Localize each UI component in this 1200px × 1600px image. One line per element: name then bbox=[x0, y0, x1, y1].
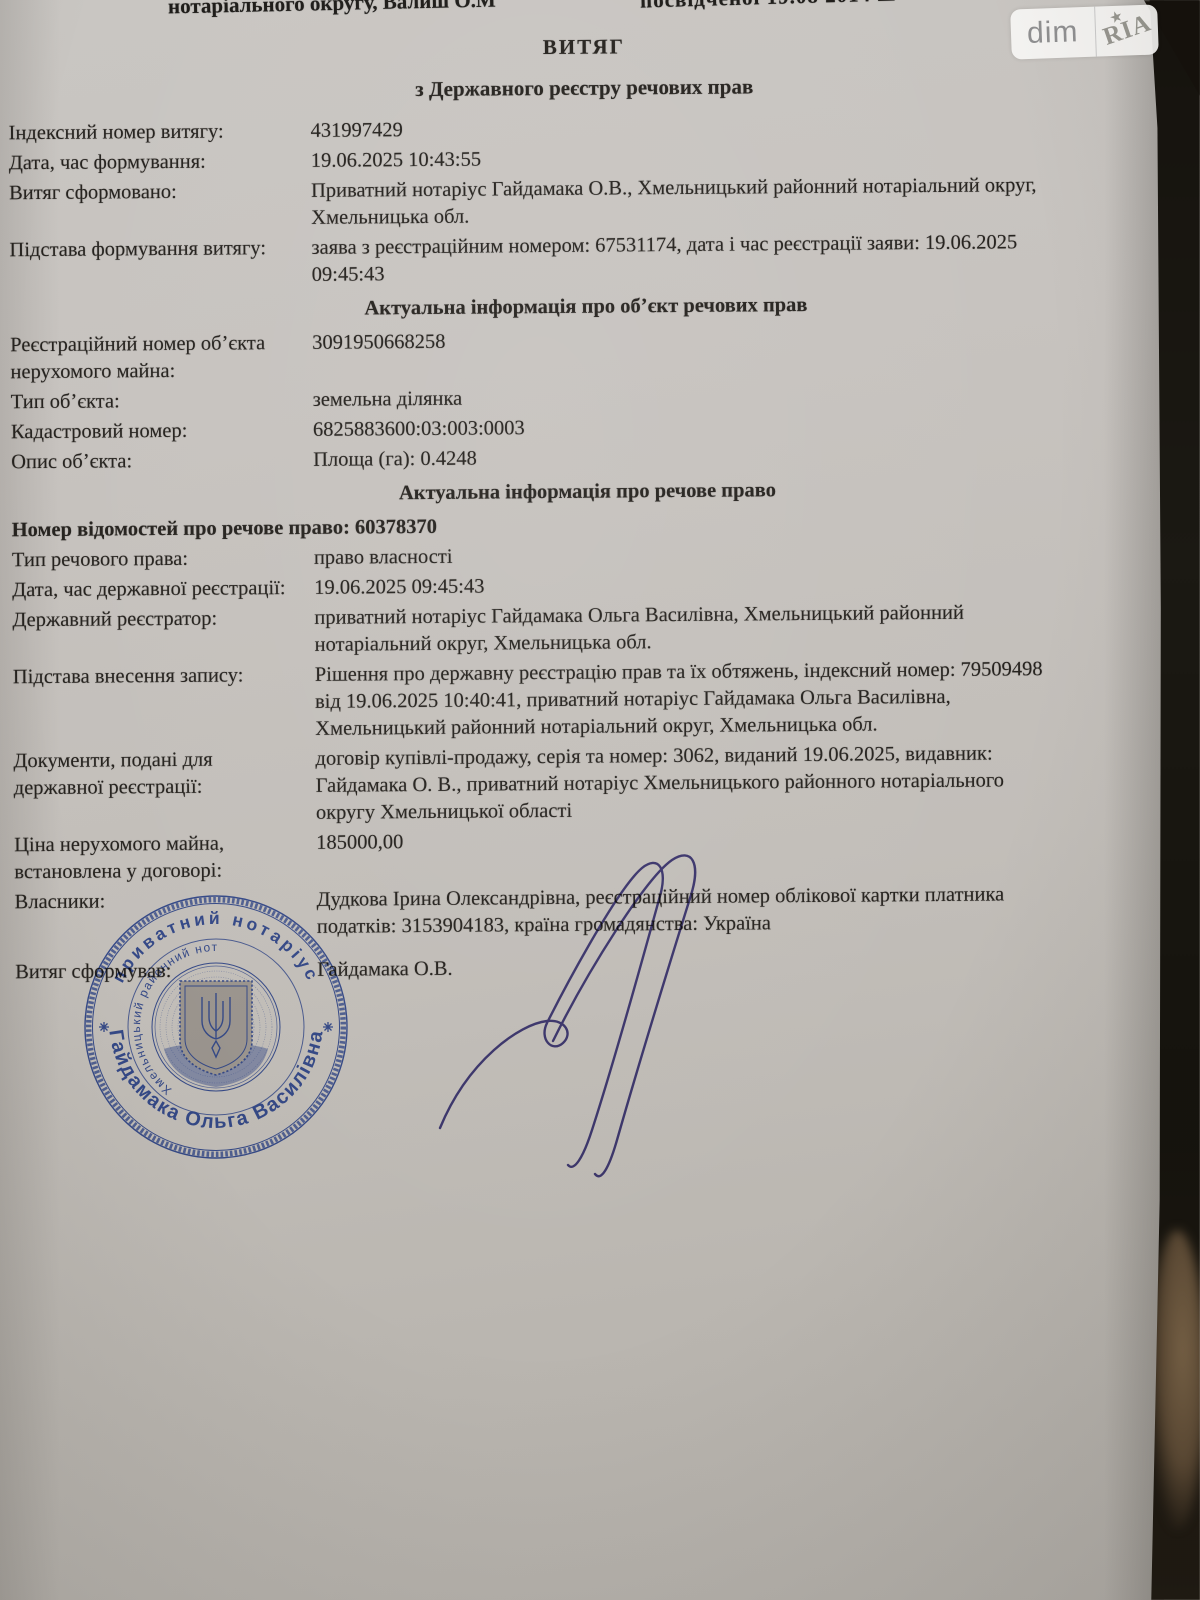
field-value: приватний нотаріус Гайдамака Ольга Васил… bbox=[314, 598, 1136, 658]
ria-logo: ★ RIA bbox=[1095, 4, 1159, 56]
field-label: Тип об’єкта: bbox=[11, 387, 313, 416]
dim-logo: dim bbox=[1010, 7, 1095, 60]
field-value: 431997429 bbox=[310, 111, 1132, 144]
field-row-submitted-documents: Документи, подані для державної реєстрац… bbox=[13, 739, 1166, 829]
field-value: Рішення про державну реєстрацію прав та … bbox=[315, 655, 1138, 742]
dim-logo-label: dim bbox=[1027, 15, 1079, 51]
field-label: Тип речового права: bbox=[12, 545, 314, 574]
field-label: Реєстраційний номер об’єкта нерухомого м… bbox=[10, 330, 312, 386]
field-row-registration-number: Реєстраційний номер об’єкта нерухомого м… bbox=[10, 323, 1162, 386]
field-label: Підстава формування витягу: bbox=[9, 235, 311, 291]
field-label: Державний реєстратор: bbox=[12, 605, 314, 661]
field-row-entry-basis: Підстава внесення запису: Рішення про де… bbox=[13, 655, 1166, 745]
seal-graphics: приватний нотаріус Гайдамака Ольга Васил… bbox=[85, 896, 347, 1158]
field-row-formation-basis: Підстава формування витягу: заява з реєс… bbox=[9, 228, 1161, 291]
field-row-object-description: Опис об’єкта: Площа (га): 0.4248 bbox=[11, 440, 1163, 476]
field-value: договір купівлі-продажу, серія та номер:… bbox=[315, 739, 1138, 826]
field-value: Площа (га): 0.4248 bbox=[313, 440, 1135, 473]
shield-emblem bbox=[180, 981, 252, 1075]
field-label: Кадастровий номер: bbox=[11, 417, 313, 446]
field-label: Підстава внесення запису: bbox=[13, 662, 316, 745]
field-value: земельна ділянка bbox=[313, 380, 1135, 413]
field-row-formed-by: Витяг сформовано: Приватний нотаріус Гай… bbox=[9, 171, 1161, 234]
field-row-state-registrar: Державний реєстратор: приватний нотаріус… bbox=[12, 598, 1164, 661]
document-title: ВИТЯГ bbox=[8, 29, 1160, 65]
field-label: Ціна нерухомого майна, встановлена у дог… bbox=[14, 830, 316, 886]
field-value: 3091950668258 bbox=[312, 323, 1134, 383]
field-value: Приватний нотаріус Гайдамака О.В., Хмель… bbox=[311, 171, 1133, 231]
document-photo: нотаріального округу, Валиш О.М посвідче… bbox=[0, 0, 1200, 1600]
field-label: Документи, подані для державної реєстрац… bbox=[13, 746, 316, 829]
field-label: Дата, час формування: bbox=[9, 148, 311, 177]
document-subtitle: з Державного реєстру речових прав bbox=[8, 70, 1160, 106]
notary-seal: приватний нотаріус Гайдамака Ольга Васил… bbox=[72, 883, 360, 1171]
watermark-dim-ria: dim ★ RIA bbox=[1010, 4, 1159, 59]
section-header-object-info: Актуальна інформація про об’єкт речових … bbox=[10, 289, 1162, 325]
signature-ink bbox=[420, 828, 720, 1178]
signature-strokes bbox=[440, 855, 695, 1176]
field-value: 6825883600:03:003:0003 bbox=[313, 410, 1135, 443]
field-value: право власності bbox=[314, 538, 1136, 571]
field-label: Витяг сформовано: bbox=[9, 178, 311, 234]
seal-star-right-icon bbox=[323, 1022, 333, 1032]
field-label: Індексний номер витягу: bbox=[8, 118, 310, 147]
field-value: 19.06.2025 10:43:55 bbox=[311, 141, 1133, 174]
section-header-right-info: Актуальна інформація про речове право bbox=[11, 474, 1163, 510]
field-label: Дата, час державної реєстрації: bbox=[12, 575, 314, 604]
field-value: заява з реєстраційним номером: 67531174,… bbox=[311, 228, 1133, 288]
field-label: Опис об’єкта: bbox=[11, 447, 313, 476]
field-value: 19.06.2025 09:45:43 bbox=[314, 568, 1136, 601]
seal-star-left-icon bbox=[99, 1022, 109, 1032]
